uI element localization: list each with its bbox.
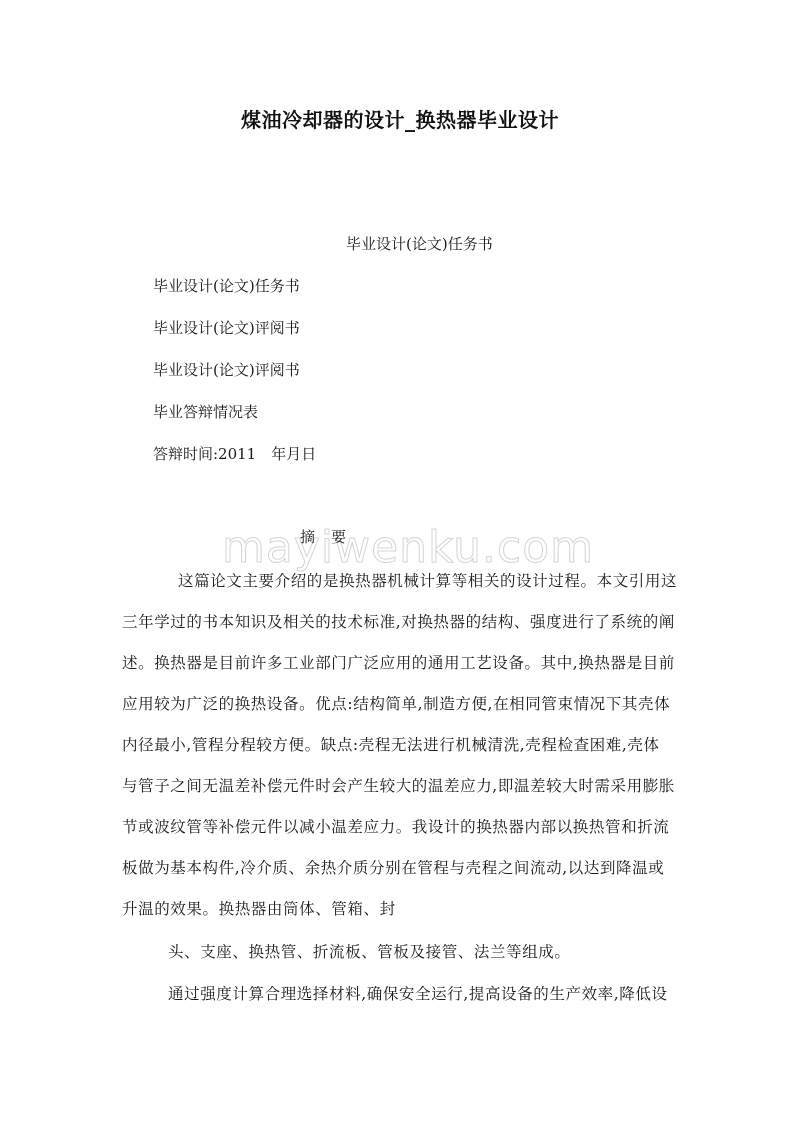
abstract-line: 板做为基本构件,冷介质、余热介质分别在管程与壳程之间流动,以达到降温或 [122,856,664,878]
document-subtitle: 毕业设计(论文)任务书 [346,233,493,254]
abstract-line: 与管子之间无温差补偿元件时会产生较大的温差应力,即温差较大时需采用膨胀 [122,774,675,796]
abstract-line: 应用较为广泛的换热设备。优点:结构简单,制造方便,在相同管束情况下其壳体 [122,692,670,714]
abstract-line: 这篇论文主要介绍的是换热器机械计算等相关的设计过程。本文引用这 [178,569,677,591]
abstract-line: 升温的效果。换热器由筒体、管箱、封 [122,897,396,919]
abstract-line: 通过强度计算合理选择材料,确保安全运行,提高设备的生产效率,降低设 [168,982,668,1004]
abstract-line: 内径最小,管程分程较方便。缺点:壳程无法进行机械清洗,壳程检查困难,壳体 [122,733,660,755]
abstract-line: 头、支座、换热管、折流板、管板及接管、法兰等组成。 [168,940,571,962]
abstract-line: 述。换热器是目前许多工业部门广泛应用的通用工艺设备。其中,换热器是目前 [122,651,675,673]
abstract-line: 三年学过的书本知识及相关的技术标准,对换热器的结构、强度进行了系统的阐 [122,610,675,632]
watermark: mayiwenku.com [222,522,594,573]
abstract-heading-right: 要 [331,528,346,546]
toc-item: 答辩时间:2011 年月日 [153,443,316,464]
document-page: 煤油冷却器的设计_换热器毕业设计 毕业设计(论文)任务书 毕业设计(论文)任务书… [0,0,800,1132]
toc-item: 毕业答辩情况表 [153,401,258,422]
toc-item: 毕业设计(论文)评阅书 [153,317,300,338]
abstract-heading-left: 摘 [300,528,315,546]
toc-item: 毕业设计(论文)评阅书 [153,359,300,380]
document-title: 煤油冷却器的设计_换热器毕业设计 [0,104,800,133]
toc-item: 毕业设计(论文)任务书 [153,275,300,296]
abstract-line: 节或波纹管等补偿元件以减小温差应力。我设计的换热器内部以换热管和折流 [122,815,669,837]
abstract-heading: 摘要 [300,526,346,547]
